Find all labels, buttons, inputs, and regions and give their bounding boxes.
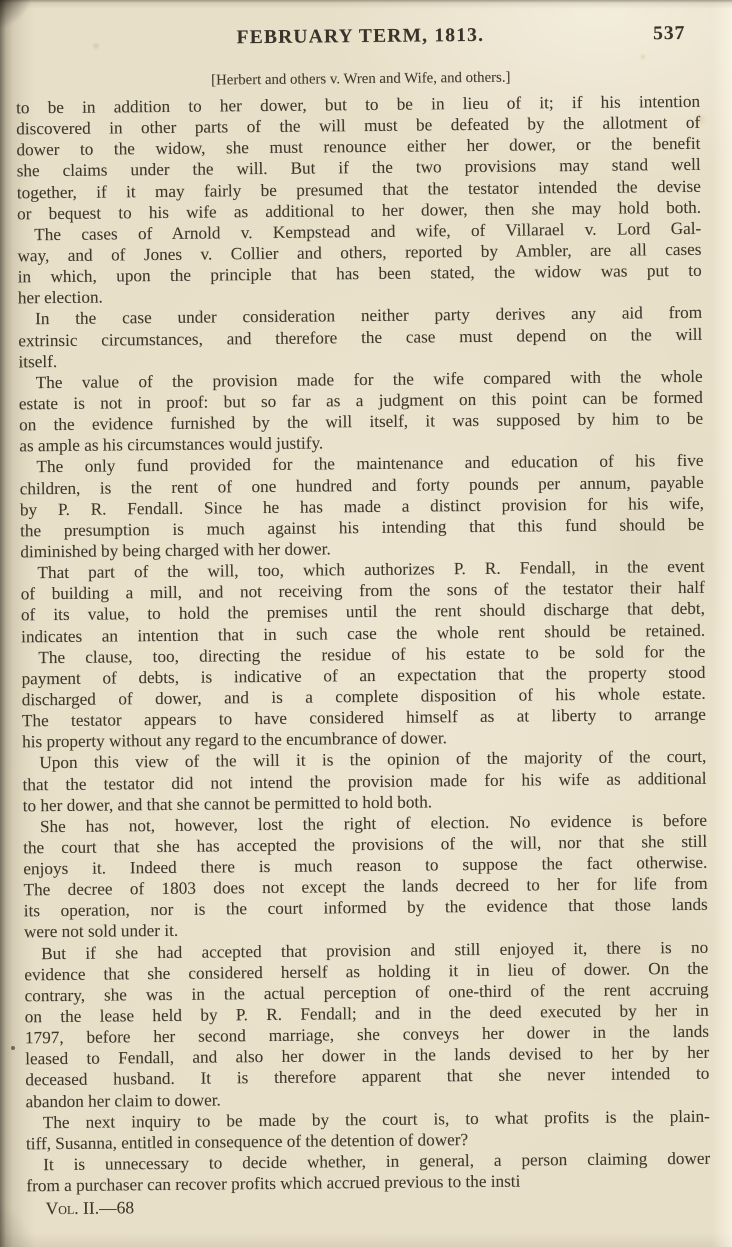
running-head: FEBRUARY TERM, 1813. 537 bbox=[0, 23, 726, 56]
page-content: FEBRUARY TERM, 1813. 537 [Herbert and ot… bbox=[0, 0, 732, 1247]
volume-label: Vol. II.—68 bbox=[46, 1197, 135, 1218]
running-head-title: FEBRUARY TERM, 1813. bbox=[0, 23, 726, 52]
case-caption: [Herbert and others v. Wren and Wife, an… bbox=[0, 68, 727, 92]
opinion-text: to be in addition to her dower, but to b… bbox=[16, 91, 711, 1197]
scanned-book-page: FEBRUARY TERM, 1813. 537 [Herbert and ot… bbox=[0, 0, 732, 1247]
page-number: 537 bbox=[653, 23, 685, 45]
volume-signature: Vol. II.—68 bbox=[46, 1197, 135, 1219]
ink-speck bbox=[11, 1046, 15, 1050]
